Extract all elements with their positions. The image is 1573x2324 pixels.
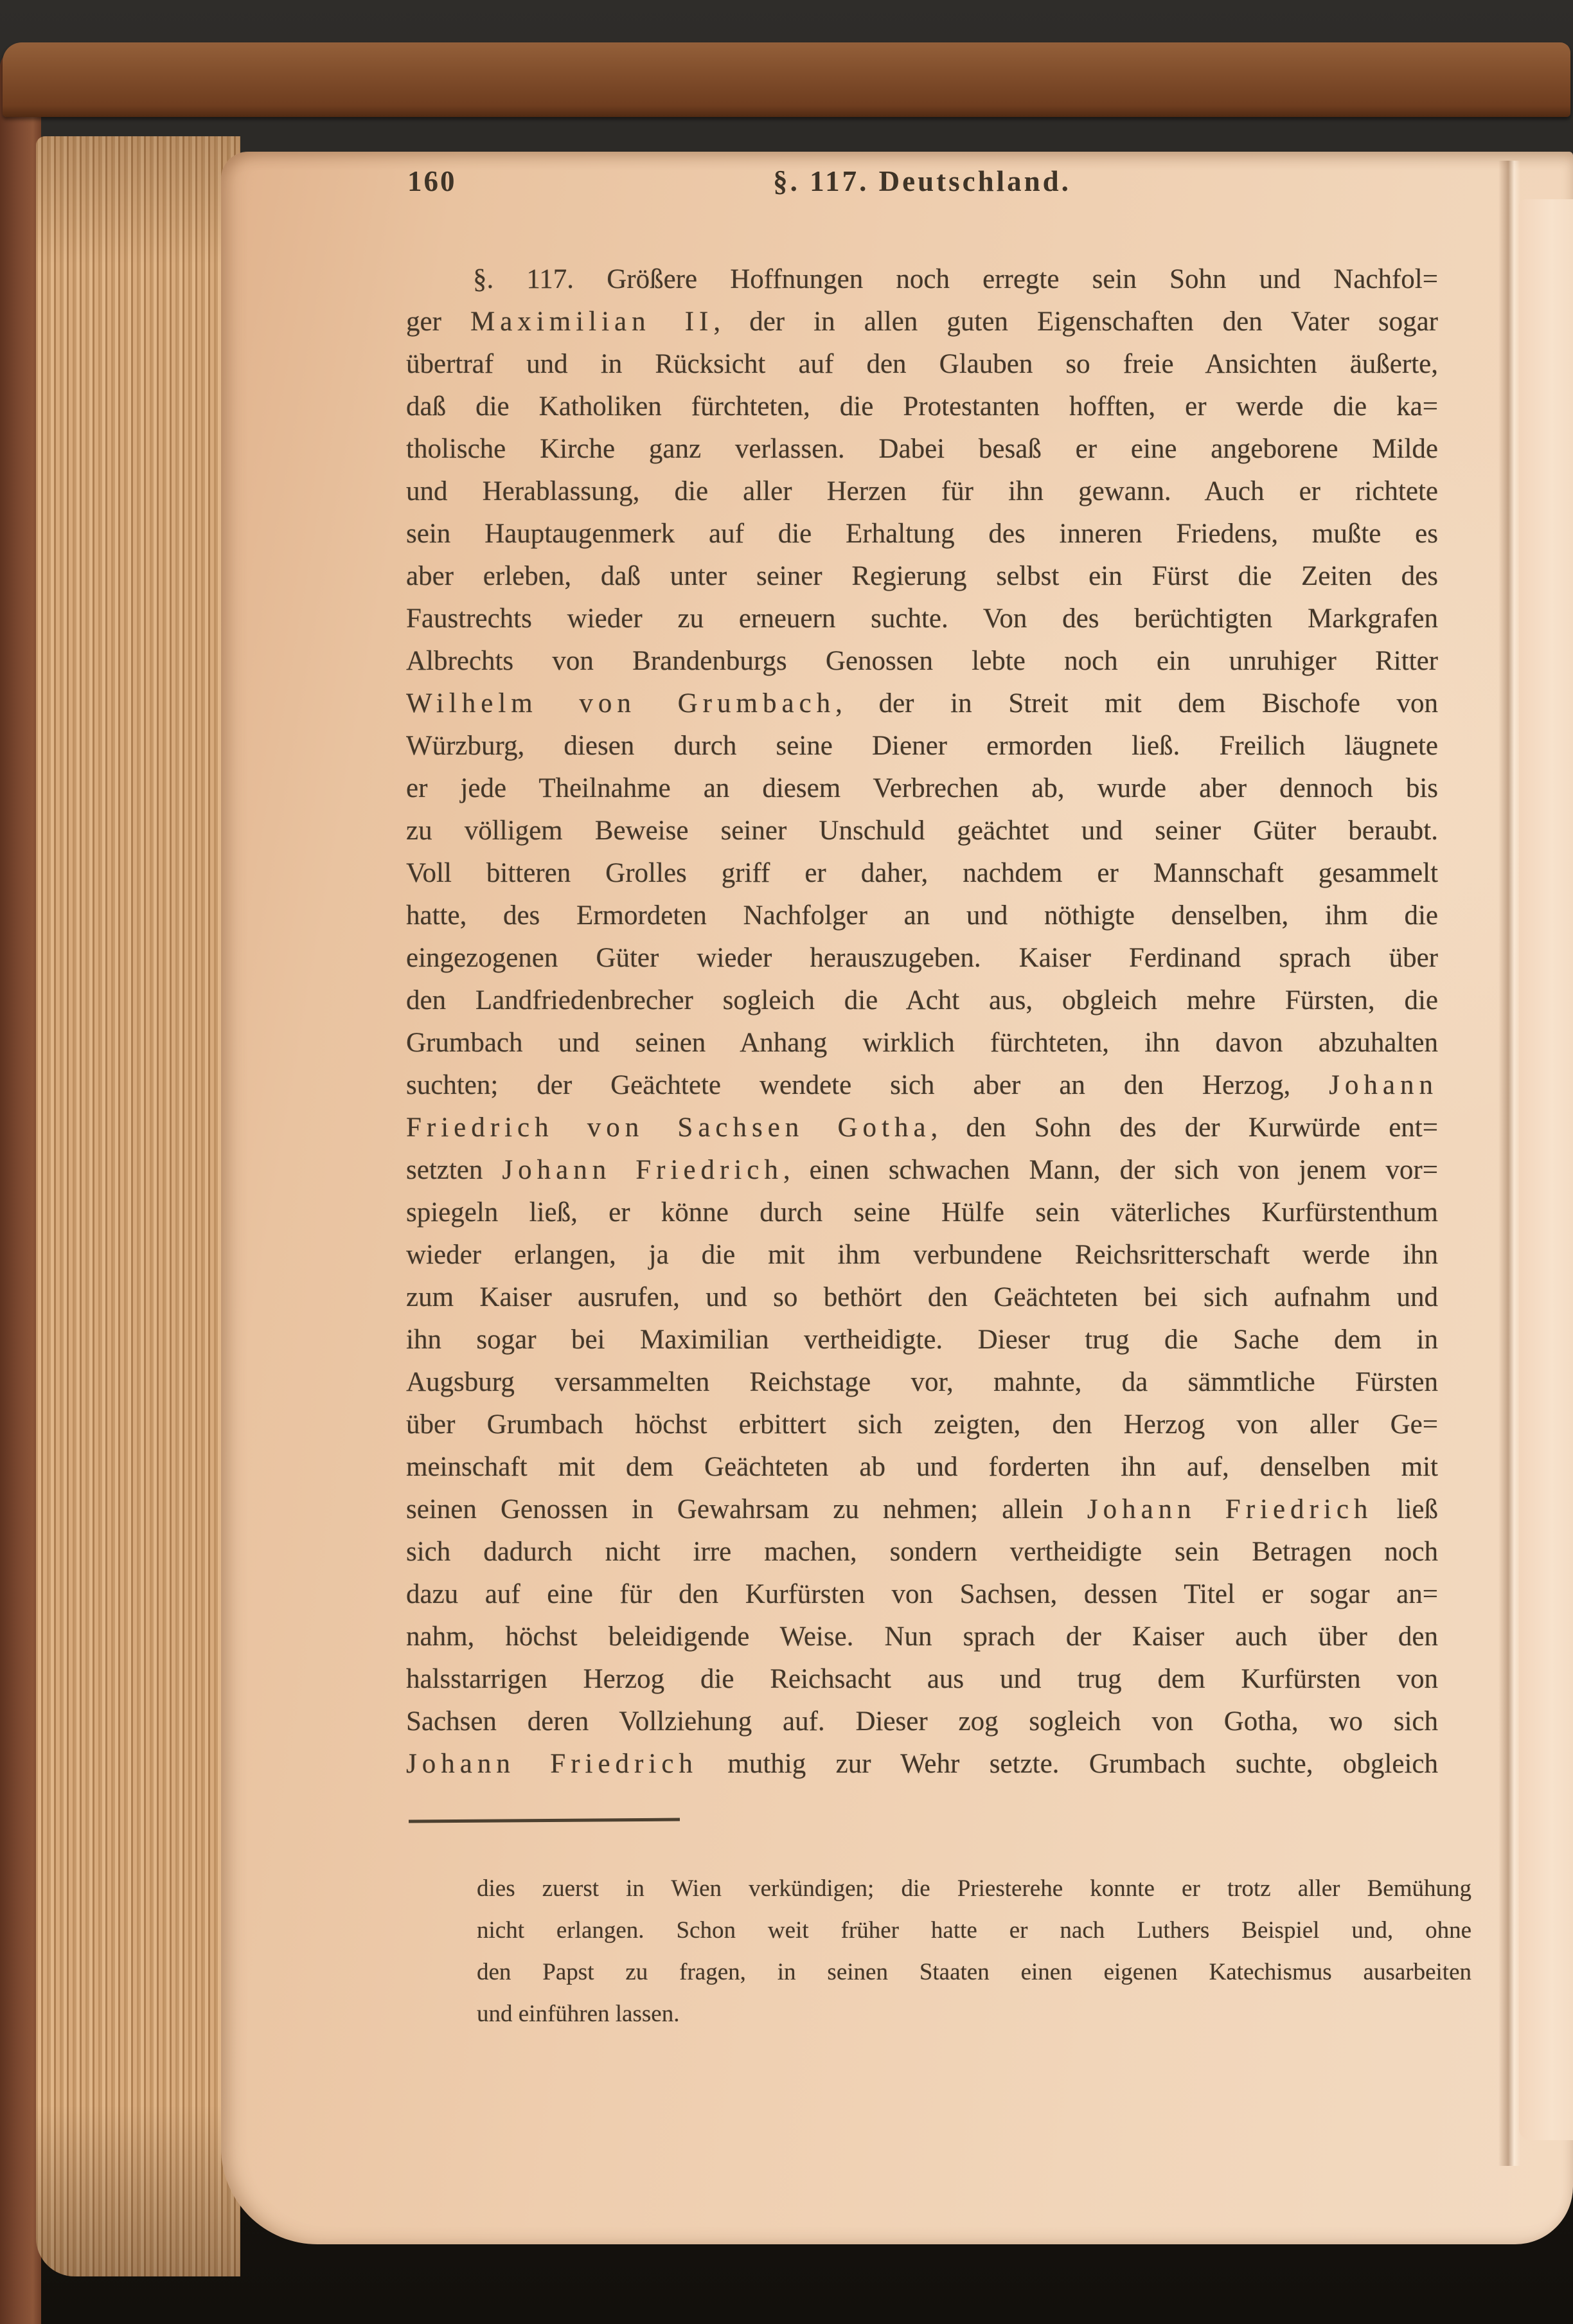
text-segment: , einen schwachen Mann, der sich von jen… — [783, 1155, 1438, 1185]
text-line: halsstarrigen Herzog die Reichsacht aus … — [406, 1658, 1438, 1701]
spaced-name: Johann Friedrich — [502, 1155, 783, 1185]
text-segment: seinen Genossen in Gewahrsam zu nehmen; … — [406, 1494, 1087, 1524]
text-line: sich dadurch nicht irre machen, sondern … — [406, 1531, 1438, 1573]
text-line: sein Hauptaugenmerk auf die Erhaltung de… — [406, 513, 1438, 555]
footnote-line: nicht erlangen. Schon weit früher hatte … — [477, 1909, 1471, 1951]
text-segment: Faustrechts wieder zu erneuern suchte. V… — [406, 603, 1438, 634]
book-scan: 160 §. 117. Deutschland. §. 117. Größere… — [0, 0, 1573, 2324]
text-line: spiegeln ließ, er könne durch seine Hülf… — [406, 1192, 1438, 1234]
footnote-line: und einführen lassen. — [477, 1993, 1471, 2035]
text-segment: ger — [406, 307, 470, 337]
text-segment: wieder erlangen, ja die mit ihm verbunde… — [406, 1240, 1438, 1270]
text-line: eingezogenen Güter wieder herauszugeben.… — [406, 937, 1438, 979]
page-gutter — [1498, 161, 1520, 2166]
section-heading: §. 117. Deutschland. — [406, 165, 1438, 198]
text-segment: , den Sohn des der Kurwürde ent= — [931, 1113, 1438, 1143]
text-line: meinschaft mit dem Geächteten ab und for… — [406, 1446, 1438, 1488]
text-segment: sein Hauptaugenmerk auf die Erhaltung de… — [406, 519, 1438, 549]
text-segment: sich dadurch nicht irre machen, sondern … — [406, 1537, 1438, 1567]
text-segment: Voll bitteren Grolles griff er daher, na… — [406, 858, 1438, 888]
text-line: ihn sogar bei Maximilian vertheidigte. D… — [406, 1319, 1438, 1361]
text-segment: halsstarrigen Herzog die Reichsacht aus … — [406, 1664, 1438, 1694]
footnote-text: dies zuerst in Wien verkündigen; die Pri… — [477, 1868, 1471, 2035]
page-number: 160 — [407, 165, 457, 198]
spaced-name: Friedrich von Sachsen Gotha — [406, 1113, 931, 1143]
text-segment: nahm, höchst beleidigende Weise. Nun spr… — [406, 1622, 1438, 1652]
text-line: 1563hatte, des Ermordeten Nachfolger an … — [406, 895, 1438, 937]
text-line: tholische Kirche ganz verlassen. Dabei b… — [406, 428, 1438, 470]
spaced-name: Wilhelm von Grumbach — [406, 688, 835, 719]
spaced-name: Maximilian II — [470, 307, 713, 337]
text-segment: meinschaft mit dem Geächteten ab und for… — [406, 1452, 1438, 1482]
text-line: zu völligem Beweise seiner Unschuld geäc… — [406, 810, 1438, 852]
text-segment: den Landfriedenbrecher sogleich die Acht… — [406, 985, 1438, 1015]
book-cover-edge — [0, 50, 41, 2324]
text-segment: dazu auf eine für den Kurfürsten von Sac… — [406, 1579, 1438, 1609]
spaced-name: Johann — [1329, 1070, 1438, 1100]
text-line: übertraf und in Rücksicht auf den Glaube… — [406, 343, 1438, 386]
footnote-line: dies zuerst in Wien verkündigen; die Pri… — [477, 1868, 1471, 1909]
spaced-name: Johann Friedrich — [406, 1749, 698, 1779]
text-segment: über Grumbach höchst erbittert sich zeig… — [406, 1409, 1438, 1440]
text-segment: ließ — [1373, 1494, 1438, 1524]
text-line: daß die Katholiken fürchteten, die Prote… — [406, 386, 1438, 428]
text-line: Albrechts von Brandenburgs Genossen lebt… — [406, 640, 1438, 683]
text-line: Wilhelm von Grumbach, der in Streit mit … — [406, 683, 1438, 725]
text-line: ger Maximilian II, der in allen guten Ei… — [406, 301, 1438, 343]
text-line: Grumbach und seinen Anhang wirklich fürc… — [406, 1022, 1438, 1064]
text-segment: er jede Theilnahme an diesem Verbrechen … — [406, 773, 1438, 803]
page-edges — [36, 136, 240, 2276]
text-segment: daß die Katholiken fürchteten, die Prote… — [406, 391, 1438, 422]
text-segment: Sachsen deren Vollziehung auf. Dieser zo… — [406, 1706, 1438, 1737]
text-segment: setzten — [406, 1155, 502, 1185]
text-line: dazu auf eine für den Kurfürsten von Sac… — [406, 1573, 1438, 1616]
text-line: aber erleben, daß unter seiner Regierung… — [406, 555, 1438, 598]
text-line: suchten; der Geächtete wendete sich aber… — [406, 1064, 1438, 1107]
text-line: den Landfriedenbrecher sogleich die Acht… — [406, 979, 1438, 1022]
text-line: nahm, höchst beleidigende Weise. Nun spr… — [406, 1616, 1438, 1658]
text-line: §. 117. Größere Hoffnungen noch erregte … — [406, 258, 1438, 301]
book-spine-top — [3, 42, 1570, 117]
text-line: zum Kaiser ausrufen, und so bethört den … — [406, 1276, 1438, 1319]
text-line: 1566Augsburg versammelten Reichstage vor… — [406, 1361, 1438, 1404]
page-header: 160 §. 117. Deutschland. — [406, 165, 1438, 210]
text-segment: zu völligem Beweise seiner Unschuld geäc… — [406, 816, 1438, 846]
spaced-name: Johann Friedrich — [1087, 1494, 1373, 1524]
text-segment: ihn sogar bei Maximilian vertheidigte. D… — [406, 1325, 1438, 1355]
text-segment: spiegeln ließ, er könne durch seine Hülf… — [406, 1197, 1438, 1228]
text-segment: tholische Kirche ganz verlassen. Dabei b… — [406, 434, 1438, 464]
text-line: Johann Friedrich muthig zur Wehr setzte.… — [406, 1743, 1438, 1785]
text-segment: hatte, des Ermordeten Nachfolger an und … — [406, 900, 1438, 931]
footnote-line: den Papst zu fragen, in seinen Staaten e… — [477, 1951, 1471, 1993]
text-segment: aber erleben, daß unter seiner Regierung… — [406, 561, 1438, 591]
text-segment: suchten; der Geächtete wendete sich aber… — [406, 1070, 1329, 1100]
text-line: Friedrich von Sachsen Gotha, den Sohn de… — [406, 1107, 1438, 1149]
text-line: 1558Würzburg, diesen durch seine Diener … — [406, 725, 1438, 767]
text-line: über Grumbach höchst erbittert sich zeig… — [406, 1404, 1438, 1446]
text-line: wieder erlangen, ja die mit ihm verbunde… — [406, 1234, 1438, 1276]
text-segment: , der in Streit mit dem Bischofe von — [835, 688, 1438, 719]
text-line: und Herablassung, die aller Herzen für i… — [406, 470, 1438, 513]
facing-page-edge — [1519, 199, 1573, 2140]
text-segment: §. 117. Größere Hoffnungen noch erregte … — [473, 264, 1438, 294]
text-segment: Augsburg versammelten Reichstage vor, ma… — [406, 1367, 1438, 1397]
text-segment: eingezogenen Güter wieder herauszugeben.… — [406, 943, 1438, 973]
text-segment: Würzburg, diesen durch seine Diener ermo… — [406, 731, 1438, 761]
text-line: Faustrechts wieder zu erneuern suchte. V… — [406, 598, 1438, 640]
body-text: §. 117. Größere Hoffnungen noch erregte … — [406, 258, 1438, 1785]
text-line: Voll bitteren Grolles griff er daher, na… — [406, 852, 1438, 895]
text-line: setzten Johann Friedrich, einen schwache… — [406, 1149, 1438, 1192]
text-segment: , der in allen guten Eigenschaften den V… — [713, 307, 1438, 337]
text-segment: und Herablassung, die aller Herzen für i… — [406, 476, 1438, 506]
text-segment: Grumbach und seinen Anhang wirklich fürc… — [406, 1028, 1438, 1058]
text-segment: muthig zur Wehr setzte. Grumbach suchte,… — [698, 1749, 1438, 1779]
text-segment: zum Kaiser ausrufen, und so bethört den … — [406, 1282, 1438, 1312]
text-segment: übertraf und in Rücksicht auf den Glaube… — [406, 349, 1438, 379]
text-line: er jede Theilnahme an diesem Verbrechen … — [406, 767, 1438, 810]
text-line: seinen Genossen in Gewahrsam zu nehmen; … — [406, 1488, 1438, 1531]
text-line: Sachsen deren Vollziehung auf. Dieser zo… — [406, 1701, 1438, 1743]
text-segment: Albrechts von Brandenburgs Genossen lebt… — [406, 646, 1438, 676]
